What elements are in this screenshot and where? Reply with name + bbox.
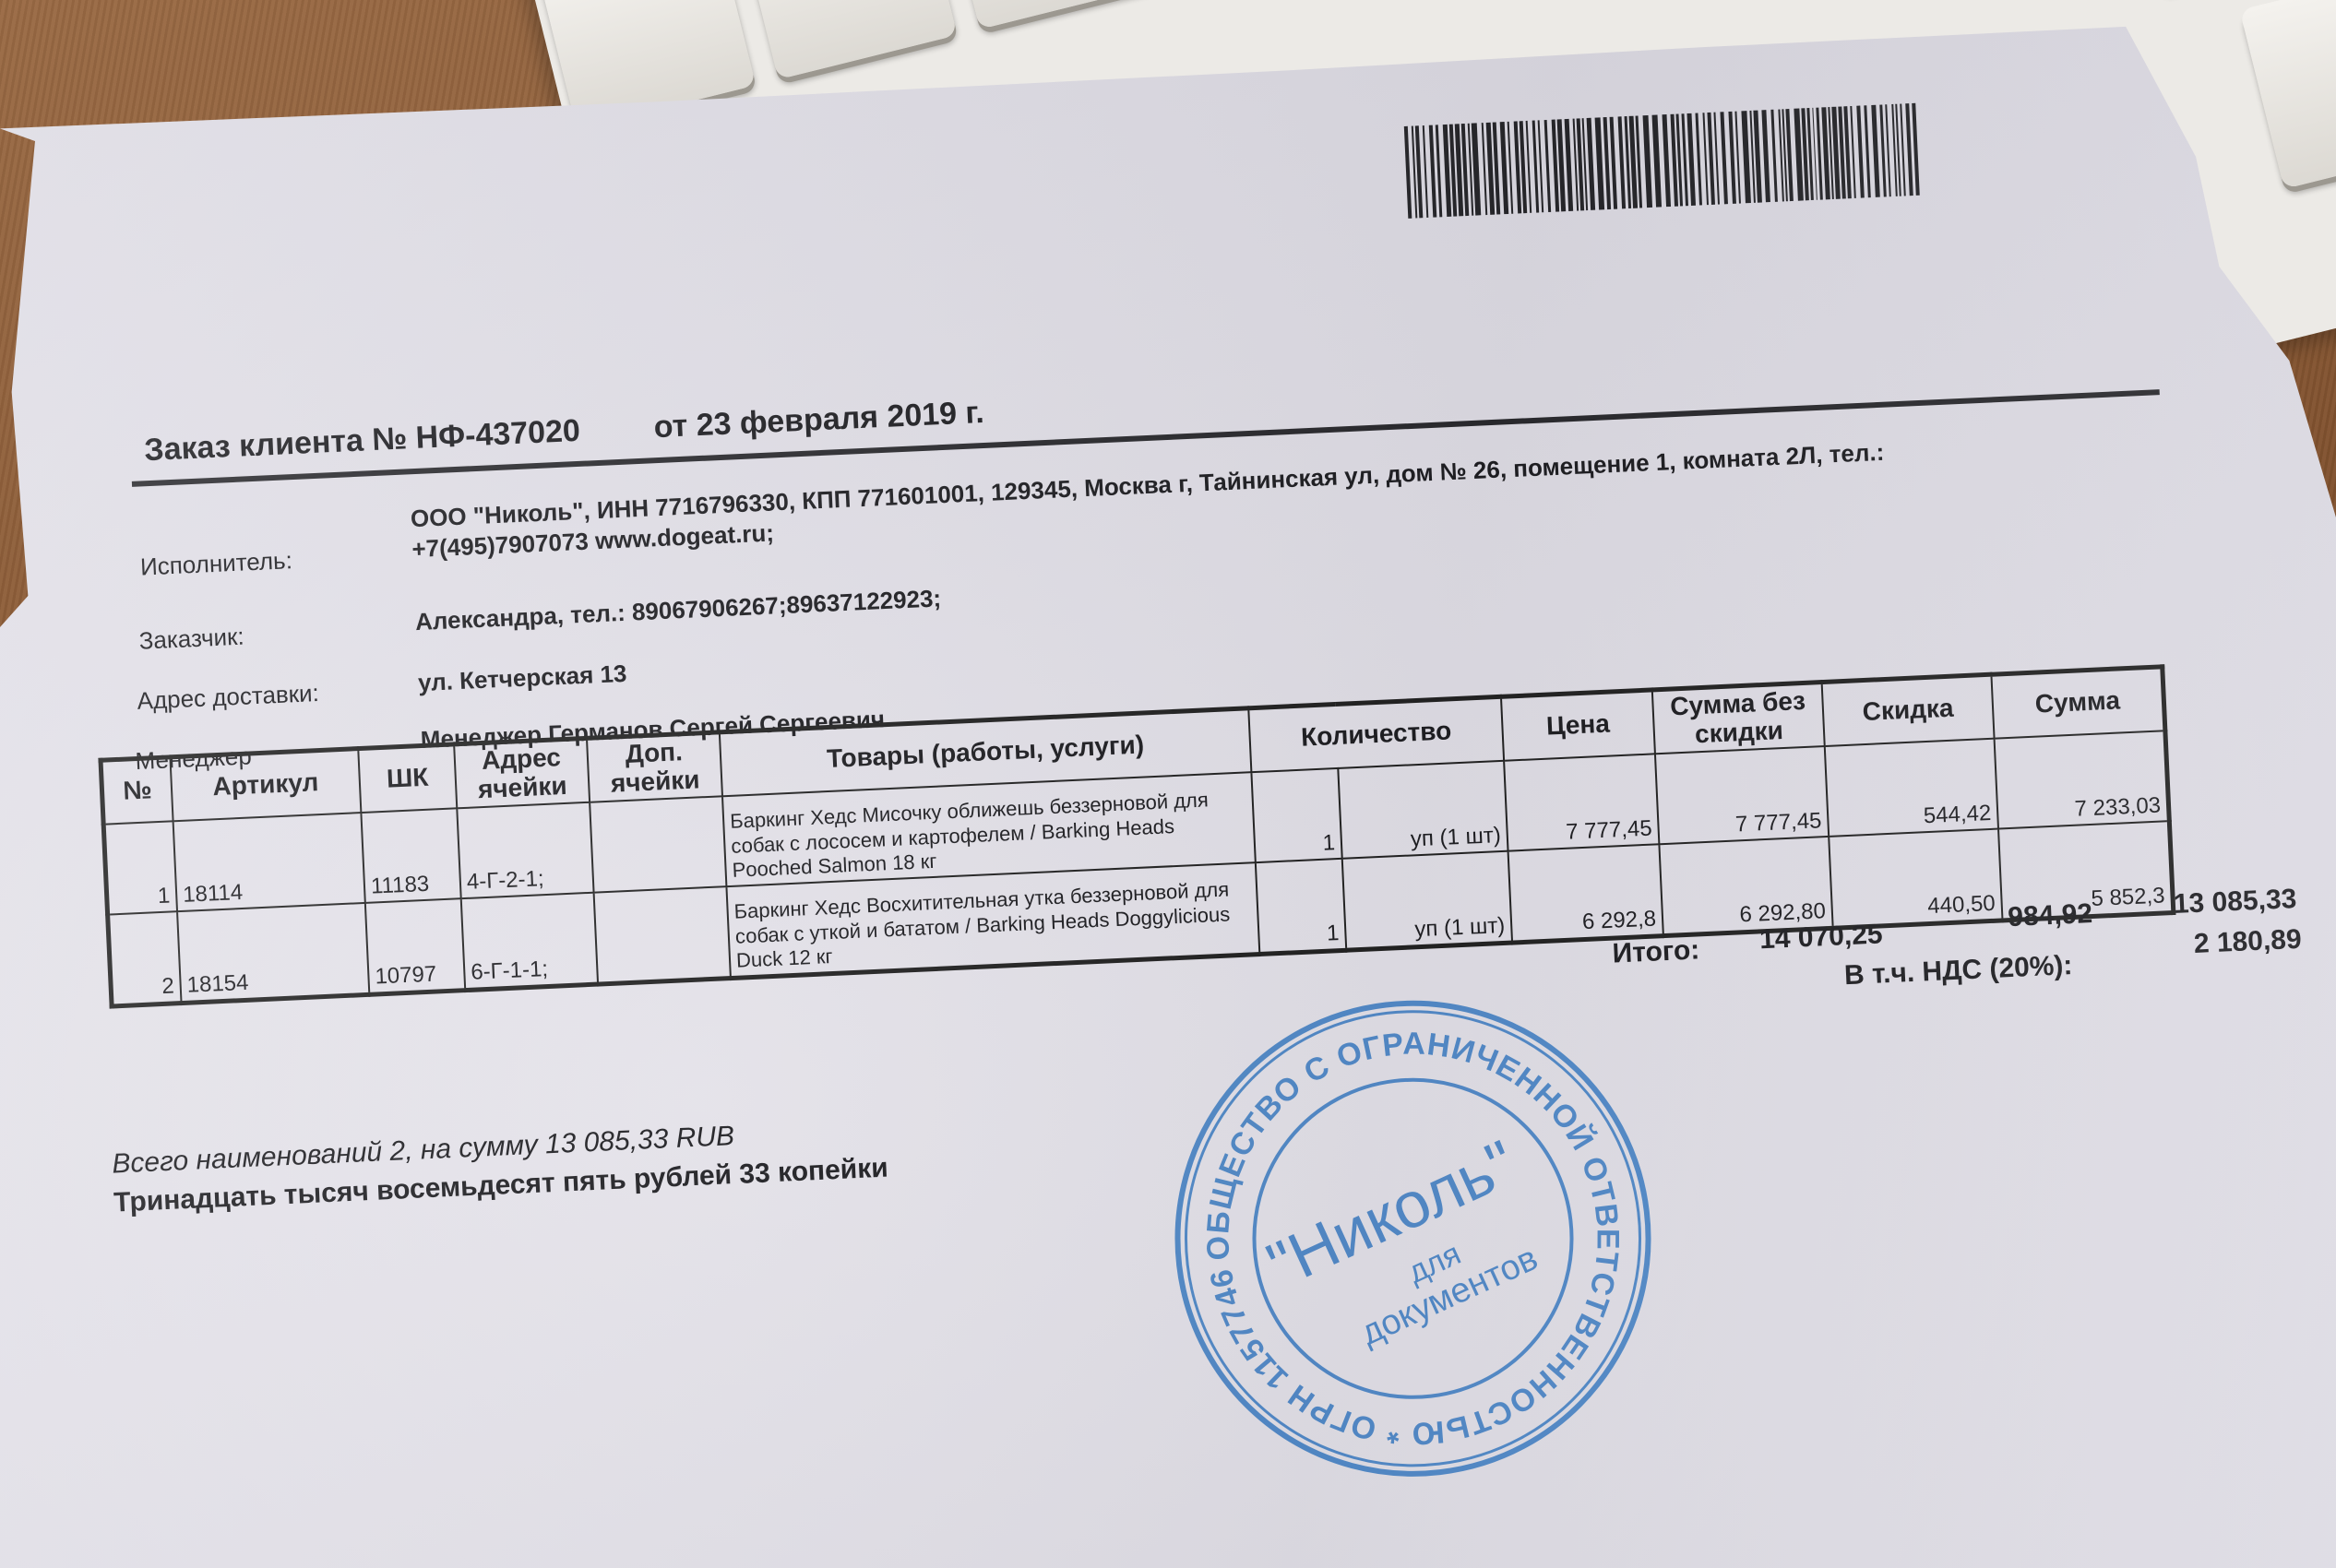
cell-goods: Баркинг Хедс Восхитительная утка беззерн… [726,862,1259,978]
col-no: № [101,757,173,824]
col-article: Артикул [170,749,361,821]
col-sum-no-discount: Сумма без скидки [1652,683,1825,754]
totals-discount: 984,92 [2008,898,2093,933]
cell-price: 6 292,8 [1508,844,1663,943]
col-extra-cell: Доп. ячейки [587,732,722,802]
totals-sum: 13 085,33 [2173,884,2297,921]
cell-unit: уп (1 шт) [1338,760,1508,858]
customer-value: Александра, тел.: 89067906267;8963712292… [414,583,941,636]
company-stamp: ОБЩЕСТВО С ОГРАНИЧЕННОЙ ОТВЕТСТВЕННОСТЬЮ… [1142,968,1684,1509]
stamp-ring-text: ОБЩЕСТВО С ОГРАНИЧЕННОЙ ОТВЕТСТВЕННОСТЬЮ… [1142,968,1649,1479]
col-price: Цена [1501,690,1655,760]
table-row: 1 18114 11183 4-Г-2-1; Баркинг Хедс Мисо… [103,731,2169,914]
cell-sum: 7 233,03 [1995,731,2170,828]
summary-words-line: Тринадцать тысяч восемьдесят пять рублей… [113,1149,888,1223]
delivery-address-label: Адрес доставки: [137,679,320,716]
keyboard-key [942,0,1159,30]
table-row: 2 18154 10797 6-Г-1-1; Баркинг Хедс Восх… [108,821,2174,1006]
cell-address: 4-Г-2-1; [457,802,593,897]
cell-address: 6-Г-1-1; [461,892,598,990]
summary-count-line: Всего наименований 2, на сумму 13 085,33… [111,1111,887,1184]
cell-qty: 1 [1251,768,1341,862]
stamp-name: "Николь" [1257,1126,1526,1301]
cell-unit: уп (1 шт) [1342,850,1512,950]
col-cell: Адрес ячейки [454,738,590,808]
document-title: Заказ клиента № НФ-437020от 23 февраля 2… [143,395,984,469]
col-quantity: Количество [1248,696,1504,771]
order-paper: Заказ клиента № НФ-437020от 23 февраля 2… [0,0,2336,1568]
executor-value: ООО "Николь", ИНН 7716796330, КПП 771601… [410,437,1886,564]
cell-goods: Баркинг Хедс Мисочку оближешь беззерново… [722,772,1256,886]
cell-extra [590,796,726,892]
col-sum: Сумма [1991,667,2164,738]
executor-label: Исполнитель: [139,546,292,581]
cell-barcode: 10797 [365,898,465,994]
order-number: Заказ клиента № НФ-437020 [143,413,580,468]
barcode [1404,103,1925,219]
cell-no: 2 [108,911,182,1006]
col-discount: Скидка [1822,674,1995,745]
cell-sum-no-discount: 7 777,45 [1655,746,1829,844]
cell-sum: 5 852,3 [1998,821,2174,921]
keyboard-key-e: э [2239,0,2336,189]
stamp-sub2: документов [1355,1239,1543,1353]
items-table: № Артикул ШК Адрес ячейки Доп. ячейки То… [98,664,2175,1008]
title-divider [132,389,2160,487]
vat-value: 2 180,89 [2193,924,2302,960]
table-header-row: № Артикул ШК Адрес ячейки Доп. ячейки То… [101,667,2165,824]
cell-price: 7 777,45 [1504,754,1659,850]
cell-no: 1 [103,821,177,914]
svg-text:ОБЩЕСТВО С ОГРАНИЧЕННОЙ ОТВЕТС: ОБЩЕСТВО С ОГРАНИЧЕННОЙ ОТВЕТСТВЕННОСТЬЮ… [1142,968,1649,1479]
cell-qty: 1 [1256,858,1346,954]
cell-discount: 544,42 [1825,738,1998,836]
cell-article: 18114 [173,813,365,911]
col-barcode: ШК [358,744,457,813]
manager-label: Менеджер [135,742,252,776]
cell-extra [594,886,731,984]
keyboard-key [741,0,958,79]
manager-value: Менеджер Германов Сергей Сергеевич [420,704,886,754]
totals-label: Итого: [1612,934,1700,969]
order-date: от 23 февраля 2019 г. [653,395,985,445]
vat-label: В т.ч. НДС (20%): [1843,950,2073,992]
col-goods: Товары (работы, услуги) [720,708,1252,796]
cell-discount: 440,50 [1829,828,2002,928]
customer-label: Заказчик: [138,623,244,656]
cell-barcode: 11183 [361,808,460,903]
cell-sum-no-discount: 6 292,80 [1659,836,1832,935]
cell-article: 18154 [177,903,369,1004]
order-sheet: Заказ клиента № НФ-437020от 23 февраля 2… [0,0,2336,1568]
totals-sum-no-discount: 14 070,25 [1758,919,1883,956]
order-summary: Всего наименований 2, на сумму 13 085,33… [111,1111,888,1223]
stamp-sub1: для [1402,1236,1466,1290]
delivery-address-value: ул. Кетчерская 13 [417,659,627,698]
